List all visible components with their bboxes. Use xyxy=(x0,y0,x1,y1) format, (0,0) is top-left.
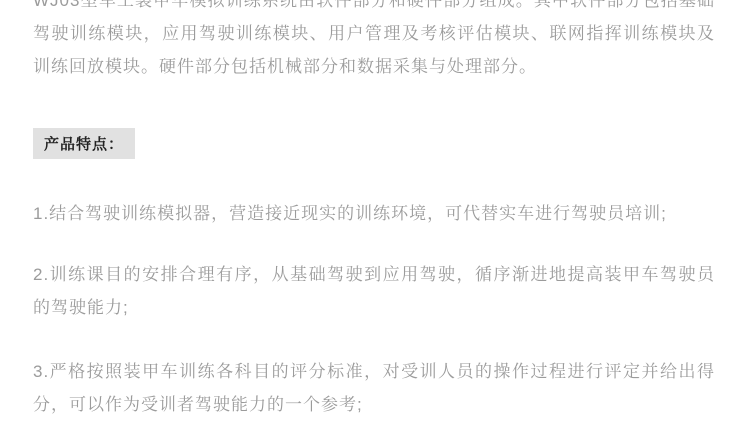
product-intro-paragraph: WJ03型军工装甲车模拟训练系统由软件部分和硬件部分组成。其中软件部分包括基础驾… xyxy=(33,0,715,83)
product-features-label: 产品特点： xyxy=(33,128,135,159)
feature-item-1: 1.结合驾驶训练模拟器，营造接近现实的训练环境，可代替实车进行驾驶员培训; xyxy=(33,197,715,230)
feature-item-3: 3.严格按照装甲车训练各科目的评分标准，对受训人员的操作过程进行评定并给出得分，… xyxy=(33,355,715,421)
product-description-page: WJ03型军工装甲车模拟训练系统由软件部分和硬件部分组成。其中软件部分包括基础驾… xyxy=(0,0,750,446)
feature-item-2: 2.训练课目的安排合理有序，从基础驾驶到应用驾驶，循序渐进地提高装甲车驾驶员的驾… xyxy=(33,258,715,324)
